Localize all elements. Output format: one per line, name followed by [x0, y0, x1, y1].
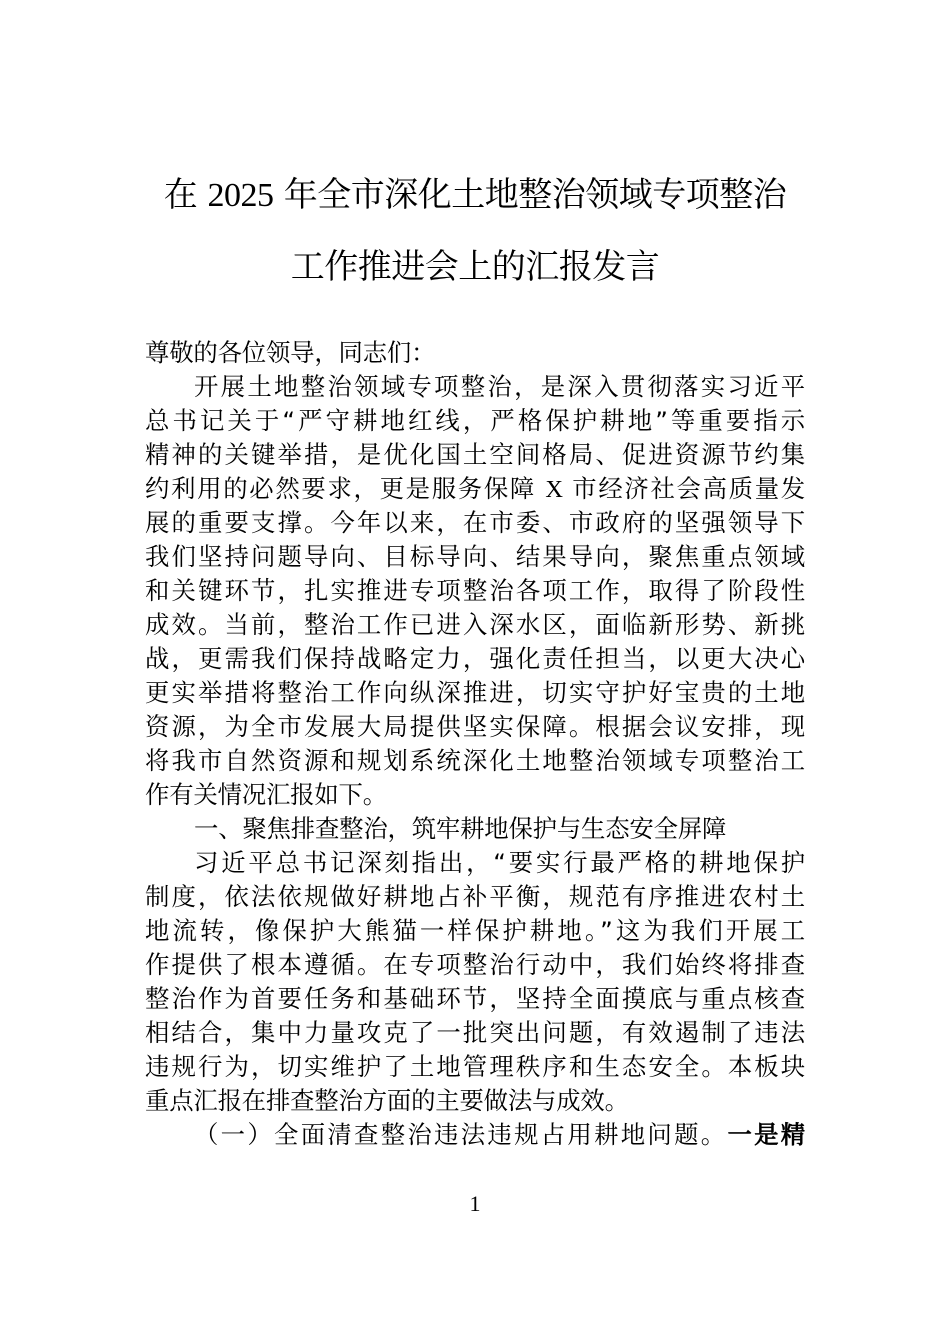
paragraph-2-line: 制度，依法依规做好耕地占补平衡，规范有序推进农村土	[145, 880, 805, 914]
paragraph-1-line: 精神的关键举措，是优化国土空间格局、促进资源节约集	[145, 438, 805, 472]
salutation: 尊敬的各位领导，同志们：	[145, 336, 805, 370]
paragraph-1-line: 我们坚持问题导向、目标导向、结果导向，聚焦重点领域	[145, 540, 805, 574]
paragraph-2-line: 整治作为首要任务和基础环节，坚持全面摸底与重点核查	[145, 982, 805, 1016]
paragraph-1-line: 作有关情况汇报如下。	[145, 778, 805, 812]
title-text: 年全市深化土地整治领域专项整治	[274, 175, 787, 215]
text-segment: 约利用的必然要求，更是服务保障	[145, 474, 545, 503]
subsection-title: （一）全面清查整治违法违规占用耕地问题。	[194, 1120, 727, 1149]
paragraph-2-line: 违规行为，切实维护了土地管理秩序和生态安全。本板块	[145, 1050, 805, 1084]
paragraph-1-line: 和关键环节，扎实推进专项整治各项工作，取得了阶段性	[145, 574, 805, 608]
title-year: 2025	[208, 177, 274, 214]
section-heading-1: 一、聚焦排查整治，筑牢耕地保护与生态安全屏障	[194, 812, 805, 846]
paragraph-1-line: 成效。当前，整治工作已进入深水区，面临新形势、新挑	[145, 608, 805, 642]
paragraph-2-line: 地流转，像保护大熊猫一样保护耕地。”这为我们开展工	[145, 914, 805, 948]
paragraph-1-line: 展的重要支撑。今年以来，在市委、市政府的坚强领导下	[145, 506, 805, 540]
subsection-heading-1: （一）全面清查整治违法违规占用耕地问题。一是精	[194, 1118, 805, 1152]
paragraph-1-line: 开展土地整治领域专项整治，是深入贯彻落实习近平	[194, 370, 805, 404]
paragraph-2-line: 作提供了根本遵循。在专项整治行动中，我们始终将排查	[145, 948, 805, 982]
paragraph-1-line: 资源，为全市发展大局提供坚实保障。根据会议安排，现	[145, 710, 805, 744]
document-title-line-2: 工作推进会上的汇报发言	[100, 247, 850, 287]
document-title-line-1: 在 2025 年全市深化土地整治领域专项整治	[100, 175, 850, 216]
paragraph-1-line: 更实举措将整治工作向纵深推进，切实守护好宝贵的土地	[145, 676, 805, 710]
paragraph-1-line: 总书记关于“严守耕地红线，严格保护耕地”等重要指示	[145, 404, 805, 438]
text-segment: 市经济社会高质量发	[563, 474, 805, 503]
city-placeholder: X	[545, 476, 562, 503]
paragraph-1-line: 战，更需我们保持战略定力，强化责任担当，以更大决心	[145, 642, 805, 676]
paragraph-2-line: 相结合，集中力量攻克了一批突出问题，有效遏制了违法	[145, 1016, 805, 1050]
subsection-lead-bold: 一是精	[727, 1120, 805, 1149]
title-text: 在	[164, 175, 208, 215]
paragraph-1-line: 约利用的必然要求，更是服务保障 X 市经济社会高质量发	[145, 472, 805, 507]
document-page: 在 2025 年全市深化土地整治领域专项整治 工作推进会上的汇报发言 尊敬的各位…	[0, 0, 950, 1344]
paragraph-1-line: 将我市自然资源和规划系统深化土地整治领域专项整治工	[145, 744, 805, 778]
page-number: 1	[0, 1190, 950, 1218]
paragraph-2-line: 重点汇报在排查整治方面的主要做法与成效。	[145, 1084, 805, 1118]
paragraph-2-line: 习近平总书记深刻指出，“要实行最严格的耕地保护	[194, 846, 805, 880]
